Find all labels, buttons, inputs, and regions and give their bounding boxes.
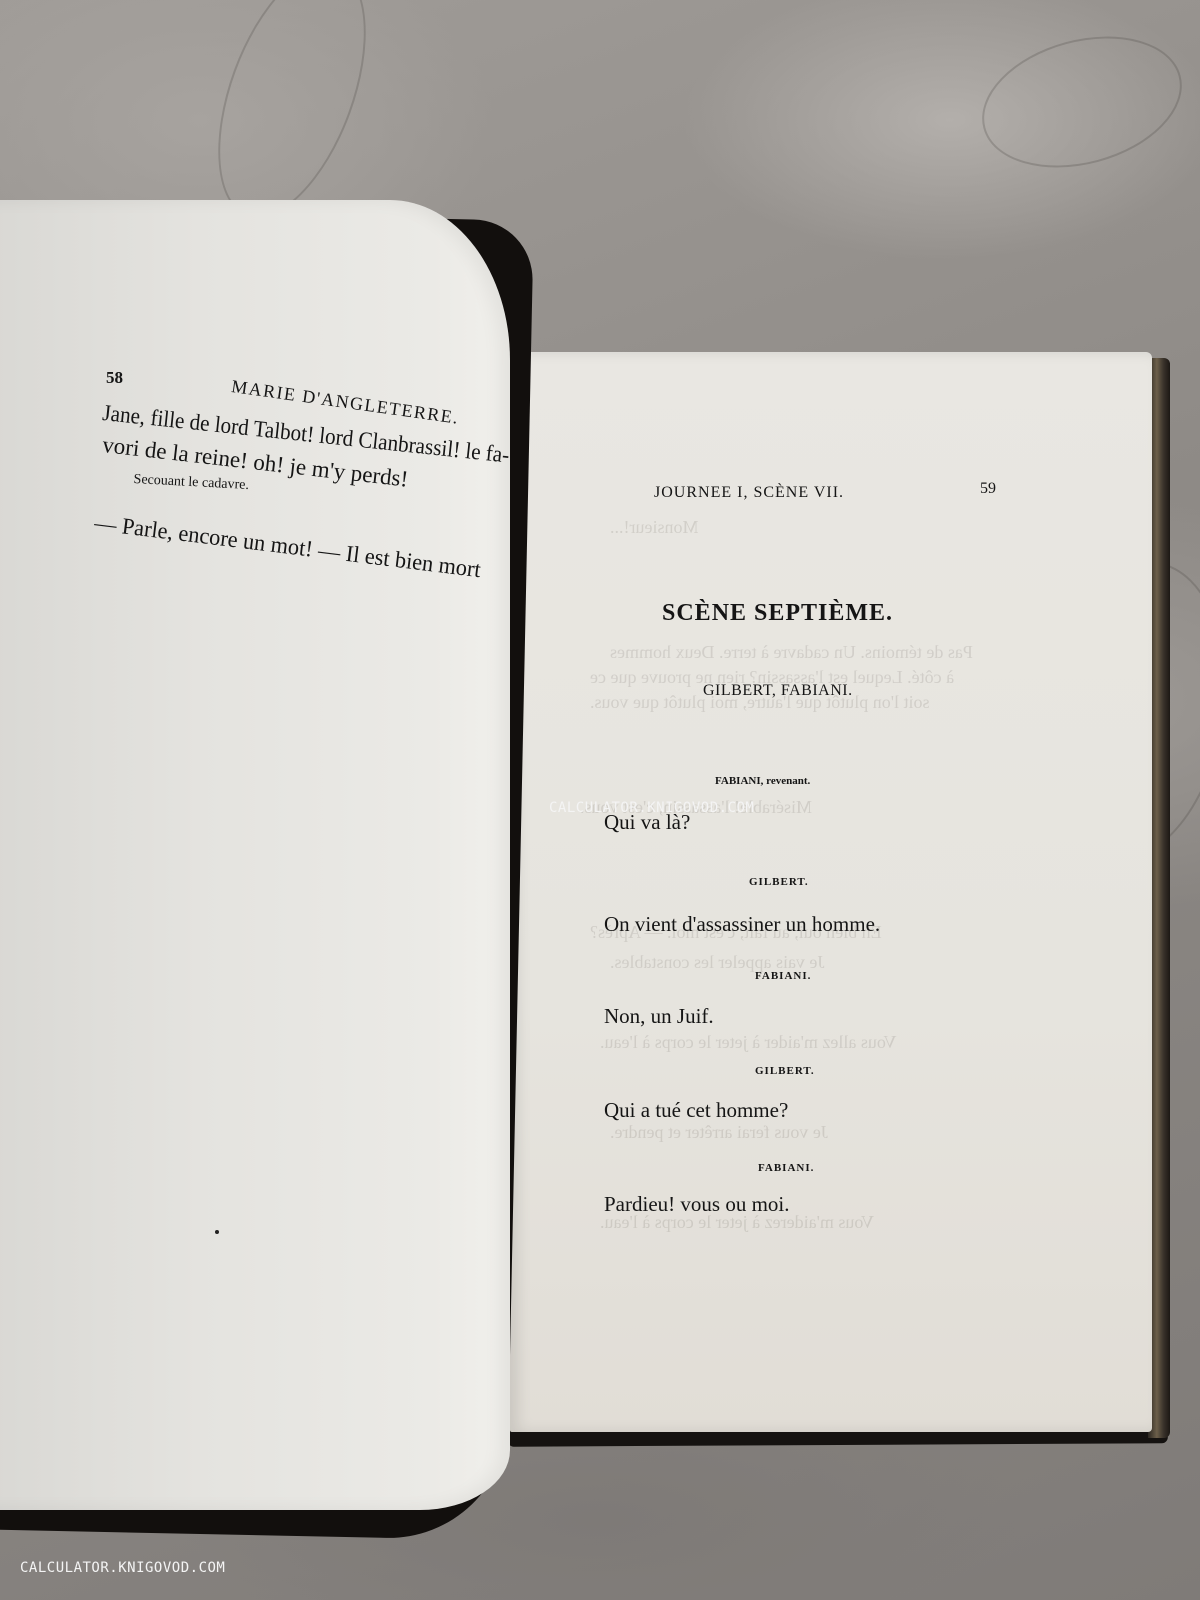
dialogue-line: Non, un Juif. (604, 1004, 714, 1029)
bleed-through-text: Vous allez m'aider à jeter le corps à l'… (600, 1032, 897, 1053)
speaker-label: FABIANI, revenant. (715, 775, 810, 787)
dialogue-line: On vient d'assassiner un homme. (604, 912, 880, 937)
ink-speck (215, 1230, 219, 1234)
scene-title: SCÈNE SEPTIÈME. (662, 600, 893, 627)
dialogue-line: Pardieu! vous ou moi. (604, 1192, 789, 1217)
speaker-label: GILBERT. (755, 1065, 815, 1077)
character-list: GILBERT, FABIANI. (703, 682, 853, 700)
dialogue-line: Qui a tué cet homme? (604, 1098, 788, 1123)
right-page: Monsieur!... Pas de témoins. Un cadavre … (510, 352, 1152, 1432)
bleed-through-text: Monsieur!... (610, 517, 699, 538)
page-number: 59 (980, 480, 996, 498)
speaker-label: FABIANI. (755, 970, 811, 982)
bleed-through-text: Je vous ferai arrêter et pendre. (610, 1122, 828, 1143)
running-head: JOURNEE I, SCÈNE VII. (654, 484, 844, 502)
watermark-bottom-left: CALCULATOR.KNIGOVOD.COM (20, 1560, 225, 1576)
speaker-label: GILBERT. (749, 876, 809, 888)
watermark-center: CALCULATOR.KNIGOVOD.COM (549, 800, 754, 816)
page-number: 58 (106, 368, 123, 388)
speaker-label: FABIANI. (758, 1162, 814, 1174)
bleed-through-text: Pas de témoins. Un cadavre à terre. Deux… (610, 642, 973, 663)
